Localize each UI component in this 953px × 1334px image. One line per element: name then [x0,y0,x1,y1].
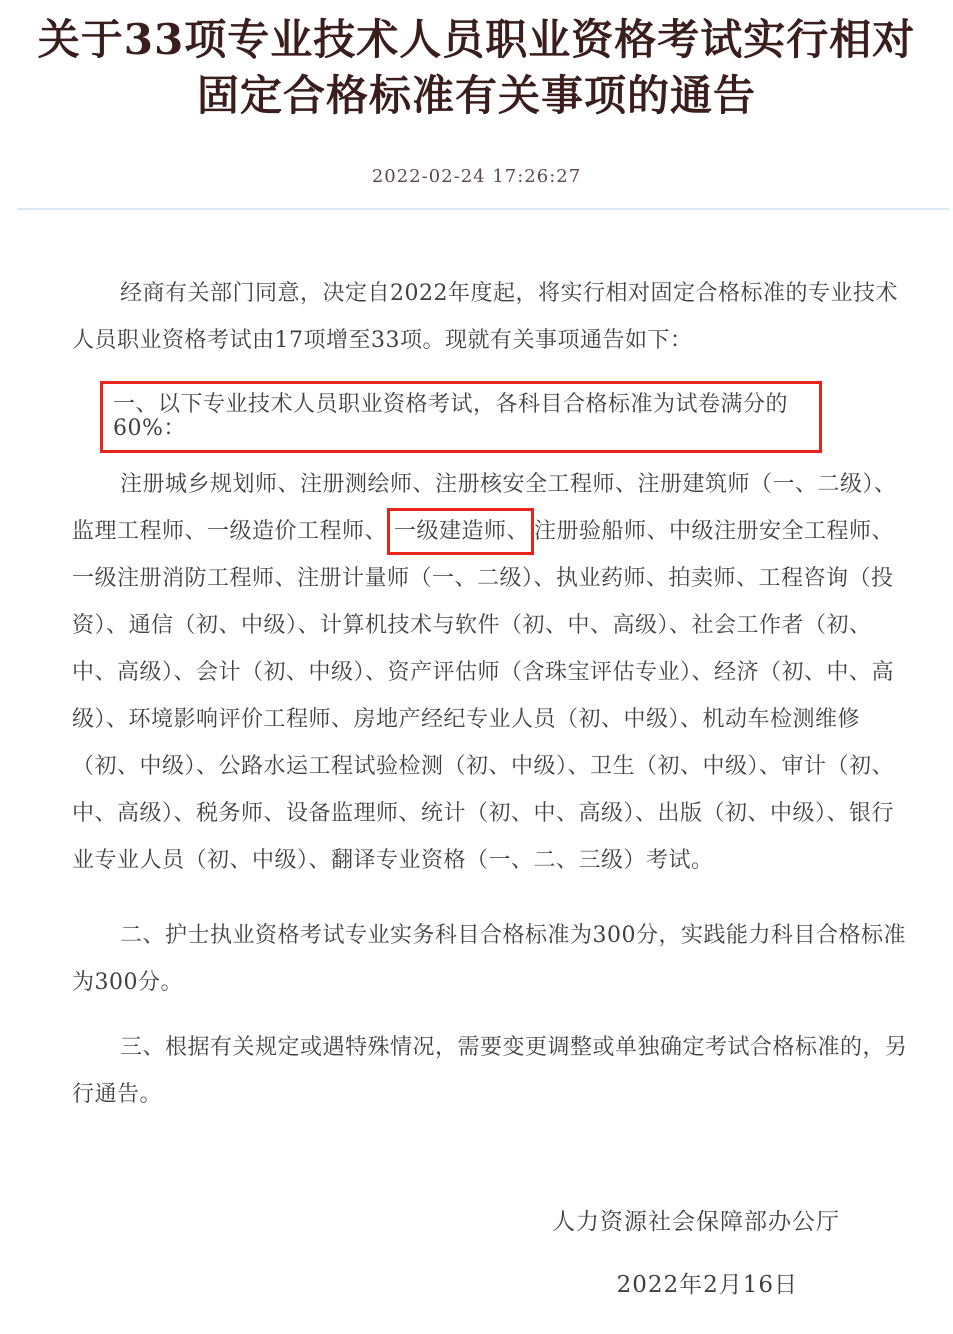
exam-list-after: 注册验船师、中级注册安全工程师、一级注册消防工程师、注册计量师（一、二级）、执业… [72,519,894,873]
header-divider [17,208,949,210]
item3-paragraph: 三、根据有关规定或遇特殊情况，需要变更调整或单独确定考试合格标准的，另行通告。 [72,1024,908,1118]
notice-body: 经商有关部门同意，决定自2022年度起，将实行相对固定合格标准的专业技术人员职业… [0,270,953,1300]
issuer-signature: 人力资源社会保障部办公厅 [72,1207,908,1237]
exam-list-highlight-box: 一级建造师、 [387,508,534,555]
publish-timestamp: 2022-02-24 17:26:27 [0,166,953,187]
exam-list-paragraph: 注册城乡规划师、注册测绘师、注册核安全工程师、注册建筑师（一、二级）、监理工程师… [72,461,908,884]
page-title: 关于33项专业技术人员职业资格考试实行相对固定合格标准有关事项的通告 [27,0,927,124]
notice-page: 关于33项专业技术人员职业资格考试实行相对固定合格标准有关事项的通告 2022-… [0,0,953,1334]
item1-highlight-box: 一、以下专业技术人员职业资格考试，各科目合格标准为试卷满分的60%： [100,381,822,453]
item2-paragraph: 二、护士执业资格考试专业实务科目合格标准为300分，实践能力科目合格标准为300… [72,912,908,1006]
intro-paragraph: 经商有关部门同意，决定自2022年度起，将实行相对固定合格标准的专业技术人员职业… [72,270,908,364]
issue-date: 2022年2月16日 [72,1270,908,1300]
exam-list-highlight-text: 一级建造师、 [394,519,529,544]
item1-text: 一、以下专业技术人员职业资格考试，各科目合格标准为试卷满分的60%： [113,392,788,441]
